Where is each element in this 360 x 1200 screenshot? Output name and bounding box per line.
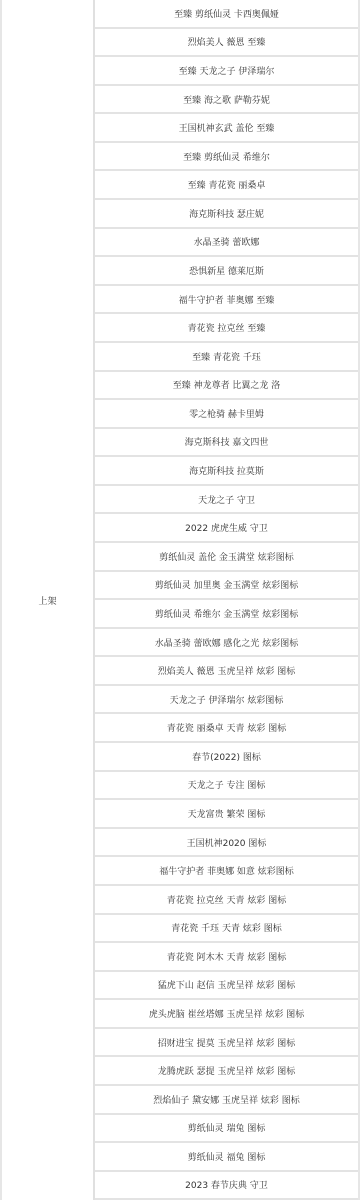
table-row: 恐惧新星 德莱厄斯 <box>95 255 358 284</box>
item-name: 虎头虎脑 崔丝塔娜 玉虎呈祥 炫彩 图标 <box>149 1007 304 1020</box>
table-row: 烈焰仙子 黛安娜 玉虎呈祥 炫彩 图标 <box>95 1084 358 1113</box>
item-name: 恐惧新星 德莱厄斯 <box>189 264 264 277</box>
table-row: 海克斯科技 瑟庄妮 <box>95 198 358 227</box>
table-row: 王国机神2020 图标 <box>95 827 358 856</box>
item-name: 烈焰仙子 黛安娜 玉虎呈祥 炫彩 图标 <box>153 1093 299 1106</box>
item-name: 剪纸仙灵 加里奥 金玉满堂 炫彩图标 <box>155 578 299 591</box>
item-name: 剪纸仙灵 希维尔 金玉满堂 炫彩图标 <box>155 607 299 620</box>
table-row: 2022 虎虎生威 守卫 <box>95 512 358 541</box>
item-name: 至臻 神龙尊者 比翼之龙 洛 <box>173 378 281 391</box>
table-row: 至臻 海之歌 萨勒芬妮 <box>95 84 358 113</box>
item-table: 上架 至臻 剪纸仙灵 卡西奥佩娅烈焰美人 薇恩 至臻至臻 天龙之子 伊泽瑞尔至臻… <box>0 0 360 1200</box>
table-row: 水晶圣骑 蕾欧娜 <box>95 227 358 256</box>
table-row: 龙腾虎跃 瑟提 玉虎呈祥 炫彩 图标 <box>95 1055 358 1084</box>
item-name: 猛虎下山 赵信 玉虎呈祥 炫彩 图标 <box>158 978 295 991</box>
table-row: 青花瓷 拉克丝 至臻 <box>95 312 358 341</box>
table-row: 至臻 剪纸仙灵 希维尔 <box>95 141 358 170</box>
item-name: 青花瓷 拉克丝 天青 炫彩 图标 <box>167 893 286 906</box>
table-row: 至臻 天龙之子 伊泽瑞尔 <box>95 55 358 84</box>
item-name: 天龙之子 专注 图标 <box>188 778 266 791</box>
table-row: 剪纸仙灵 瑞兔 图标 <box>95 1113 358 1142</box>
table-row: 天龙之子 伊泽瑞尔 炫彩图标 <box>95 684 358 713</box>
item-name: 烈焰美人 薇恩 玉虎呈祥 炫彩 图标 <box>158 664 295 677</box>
table-row: 至臻 剪纸仙灵 卡西奥佩娅 <box>95 0 358 27</box>
item-name: 2023 春节庆典 守卫 <box>185 1178 268 1191</box>
item-name: 春节(2022) 图标 <box>192 750 261 763</box>
items-column: 至臻 剪纸仙灵 卡西奥佩娅烈焰美人 薇恩 至臻至臻 天龙之子 伊泽瑞尔至臻 海之… <box>95 0 358 1200</box>
table-row: 剪纸仙灵 福兔 图标 <box>95 1141 358 1170</box>
table-row: 招财进宝 提莫 玉虎呈祥 炫彩 图标 <box>95 1027 358 1056</box>
item-name: 水晶圣骑 蕾欧娜 感化之光 炫彩图标 <box>155 636 299 649</box>
item-name: 至臻 剪纸仙灵 卡西奥佩娅 <box>174 7 279 20</box>
item-name: 2022 虎虎生威 守卫 <box>185 521 268 534</box>
item-name: 海克斯科技 嘉文四世 <box>185 435 269 448</box>
item-name: 青花瓷 丽桑卓 天青 炫彩 图标 <box>167 721 286 734</box>
item-name: 天龙之子 守卫 <box>198 493 255 506</box>
table-row: 青花瓷 千珏 天青 炫彩 图标 <box>95 913 358 942</box>
item-name: 青花瓷 阿木木 天青 炫彩 图标 <box>167 950 286 963</box>
table-row: 春节(2022) 图标 <box>95 741 358 770</box>
item-name: 福牛守护者 菲奥娜 至臻 <box>179 293 275 306</box>
status-label: 上架 <box>38 594 56 607</box>
item-name: 零之枪骑 赫卡里姆 <box>189 407 264 420</box>
table-row: 剪纸仙灵 盖伦 金玉满堂 炫彩图标 <box>95 541 358 570</box>
table-row: 剪纸仙灵 希维尔 金玉满堂 炫彩图标 <box>95 598 358 627</box>
item-name: 龙腾虎跃 瑟提 玉虎呈祥 炫彩 图标 <box>158 1064 295 1077</box>
table-row: 2023 春节庆典 守卫 <box>95 1170 358 1200</box>
item-name: 王国机神玄武 盖伦 至臻 <box>179 121 275 134</box>
item-name: 青花瓷 拉克丝 至臻 <box>188 321 266 334</box>
table-row: 海克斯科技 拉莫斯 <box>95 455 358 484</box>
item-name: 至臻 海之歌 萨勒芬妮 <box>183 93 270 106</box>
item-name: 海克斯科技 拉莫斯 <box>189 464 264 477</box>
item-name: 至臻 青花瓷 千珏 <box>192 350 261 363</box>
item-name: 剪纸仙灵 盖伦 金玉满堂 炫彩图标 <box>159 550 294 563</box>
item-name: 海克斯科技 瑟庄妮 <box>189 207 264 220</box>
status-cell: 上架 <box>2 0 95 1200</box>
item-name: 剪纸仙灵 瑞兔 图标 <box>188 1121 266 1134</box>
table-row: 虎头虎脑 崔丝塔娜 玉虎呈祥 炫彩 图标 <box>95 998 358 1027</box>
table-row: 天龙之子 守卫 <box>95 484 358 513</box>
table-row: 猛虎下山 赵信 玉虎呈祥 炫彩 图标 <box>95 970 358 999</box>
table-row: 青花瓷 阿木木 天青 炫彩 图标 <box>95 941 358 970</box>
item-name: 天龙富贵 繁荣 图标 <box>188 807 266 820</box>
item-name: 至臻 天龙之子 伊泽瑞尔 <box>179 64 275 77</box>
item-name: 至臻 青花瓷 丽桑卓 <box>188 178 266 191</box>
table-row: 烈焰美人 薇恩 玉虎呈祥 炫彩 图标 <box>95 655 358 684</box>
table-row: 海克斯科技 嘉文四世 <box>95 427 358 456</box>
table-row: 至臻 青花瓷 丽桑卓 <box>95 169 358 198</box>
table-row: 至臻 神龙尊者 比翼之龙 洛 <box>95 370 358 399</box>
table-row: 青花瓷 丽桑卓 天青 炫彩 图标 <box>95 712 358 741</box>
table-row: 零之枪骑 赫卡里姆 <box>95 398 358 427</box>
item-name: 烈焰美人 薇恩 至臻 <box>188 35 266 48</box>
table-row: 烈焰美人 薇恩 至臻 <box>95 27 358 56</box>
table-row: 剪纸仙灵 加里奥 金玉满堂 炫彩图标 <box>95 570 358 599</box>
table-row: 福牛守护者 菲奥娜 如意 炫彩图标 <box>95 855 358 884</box>
item-name: 剪纸仙灵 福兔 图标 <box>188 1150 266 1163</box>
table-row: 王国机神玄武 盖伦 至臻 <box>95 112 358 141</box>
table-row: 天龙之子 专注 图标 <box>95 770 358 799</box>
table-row: 福牛守护者 菲奥娜 至臻 <box>95 284 358 313</box>
table-row: 天龙富贵 繁荣 图标 <box>95 798 358 827</box>
table-row: 至臻 青花瓷 千珏 <box>95 341 358 370</box>
table-row: 青花瓷 拉克丝 天青 炫彩 图标 <box>95 884 358 913</box>
item-name: 水晶圣骑 蕾欧娜 <box>194 235 260 248</box>
table-row: 水晶圣骑 蕾欧娜 感化之光 炫彩图标 <box>95 627 358 656</box>
item-name: 招财进宝 提莫 玉虎呈祥 炫彩 图标 <box>158 1036 295 1049</box>
item-name: 天龙之子 伊泽瑞尔 炫彩图标 <box>170 693 284 706</box>
item-name: 王国机神2020 图标 <box>187 836 267 849</box>
item-name: 至臻 剪纸仙灵 希维尔 <box>183 150 270 163</box>
item-name: 青花瓷 千珏 天青 炫彩 图标 <box>171 921 281 934</box>
item-name: 福牛守护者 菲奥娜 如意 炫彩图标 <box>159 864 294 877</box>
